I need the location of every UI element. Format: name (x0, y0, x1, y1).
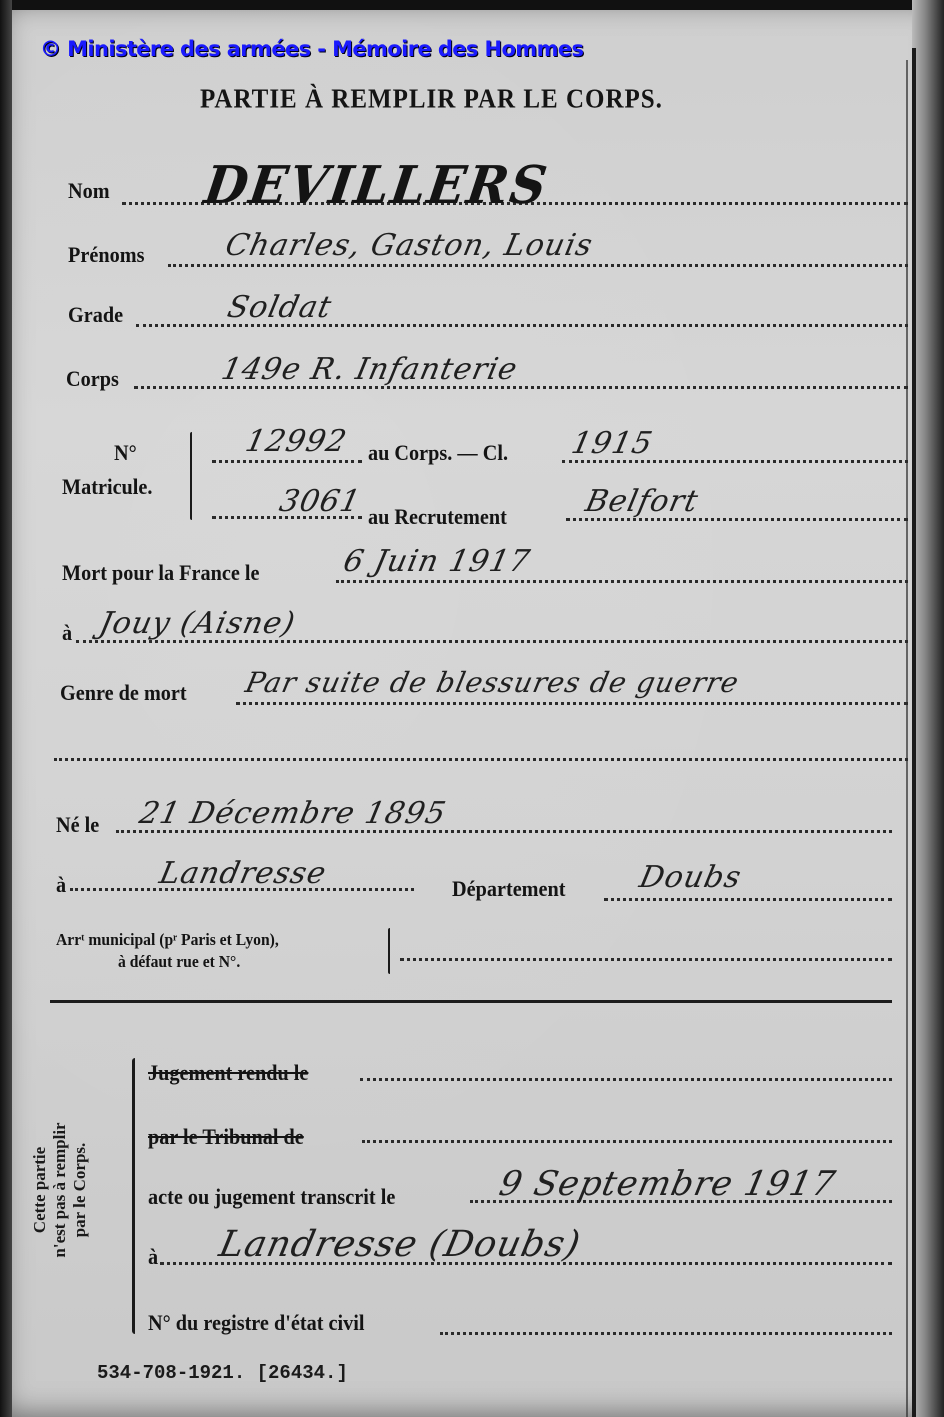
jugement-line (360, 1078, 892, 1081)
arrondissement-label-line2: à défaut rue et N°. (118, 952, 240, 972)
departement-label: Département (452, 876, 566, 902)
genre-mort-line (236, 702, 908, 705)
matricule-label-no: N° (114, 440, 137, 466)
mort-lieu-label: à (62, 620, 72, 646)
naissance-lieu-label: à (56, 872, 66, 898)
copyright-watermark: © Ministère des armées - Mémoire des Hom… (40, 37, 583, 61)
jugement-label: Jugement rendu le (148, 1060, 308, 1086)
matricule-label: Matricule. (62, 474, 152, 500)
prenoms-label: Prénoms (68, 242, 144, 268)
document-page: © Ministère des armées - Mémoire des Hom… (0, 0, 944, 1417)
recrutement-place: Belfort (582, 484, 701, 519)
blank-line (54, 758, 908, 761)
nom-value: DEVILLERS (201, 155, 552, 216)
page-edge-line (912, 48, 916, 1417)
prenoms-value: Charles, Gaston, Louis (222, 228, 596, 263)
classe-value: 1915 (568, 426, 656, 461)
scan-border-left (0, 0, 12, 1417)
mort-date-value: 6 Juin 1917 (340, 544, 533, 579)
transcrit-value: 9 Septembre 1917 (496, 1164, 840, 1204)
scan-border-top (0, 0, 944, 10)
grade-label: Grade (68, 302, 123, 328)
side-note-line-2: n'est pas à remplir (50, 1060, 70, 1320)
side-note-line-1: Cette partie (30, 1060, 50, 1320)
civil-section-side-note: Cette partie n'est pas à remplir par le … (30, 1060, 90, 1320)
mort-date-line (336, 580, 908, 583)
matricule-brace (190, 432, 192, 520)
naissance-lieu-value: Landresse (156, 856, 329, 891)
tribunal-label: par le Tribunal de (148, 1124, 304, 1150)
departement-value: Doubs (636, 860, 744, 895)
mort-date-label: Mort pour la France le (62, 560, 259, 586)
genre-mort-label: Genre de mort (60, 680, 187, 706)
recrutement-number: 3061 (276, 484, 364, 519)
nom-label: Nom (68, 178, 110, 204)
side-note-line-3: par le Corps. (70, 1060, 90, 1320)
arrondissement-line (400, 958, 892, 961)
naissance-date-value: 21 Décembre 1895 (136, 796, 449, 831)
arrondissement-brace (388, 928, 390, 974)
scan-border-right (912, 0, 944, 1417)
tribunal-line (362, 1140, 892, 1143)
matricule-corps-text: au Corps. — Cl. (368, 440, 508, 466)
civil-section-brace (132, 1058, 135, 1334)
corps-value: 149e R. Infanterie (218, 352, 521, 387)
prenoms-line (168, 264, 908, 267)
matricule-corps-number: 12992 (242, 424, 350, 459)
naissance-date-label: Né le (56, 812, 99, 838)
civil-lieu-label: à (148, 1244, 158, 1270)
genre-mort-value: Par suite de blessures de guerre (242, 666, 742, 699)
recrutement-text: au Recrutement (368, 504, 507, 530)
registre-label: N° du registre d'état civil (148, 1310, 364, 1336)
civil-lieu-value: Landresse (Doubs) (216, 1224, 585, 1265)
arrondissement-label-line1: Arrᵗ municipal (pʳ Paris et Lyon), (56, 930, 279, 950)
mort-lieu-value: Jouy (Aisne) (96, 606, 298, 641)
matricule-corps-line (212, 460, 362, 463)
grade-value: Soldat (224, 290, 335, 325)
departement-line (604, 898, 892, 901)
form-title: PARTIE À REMPLIR PAR LE CORPS. (200, 85, 663, 116)
print-code: 534-708-1921. [26434.] (97, 1362, 348, 1384)
transcrit-label: acte ou jugement transcrit le (148, 1184, 395, 1210)
corps-label: Corps (66, 366, 119, 392)
section-divider (50, 1000, 892, 1003)
registre-line (440, 1332, 892, 1335)
